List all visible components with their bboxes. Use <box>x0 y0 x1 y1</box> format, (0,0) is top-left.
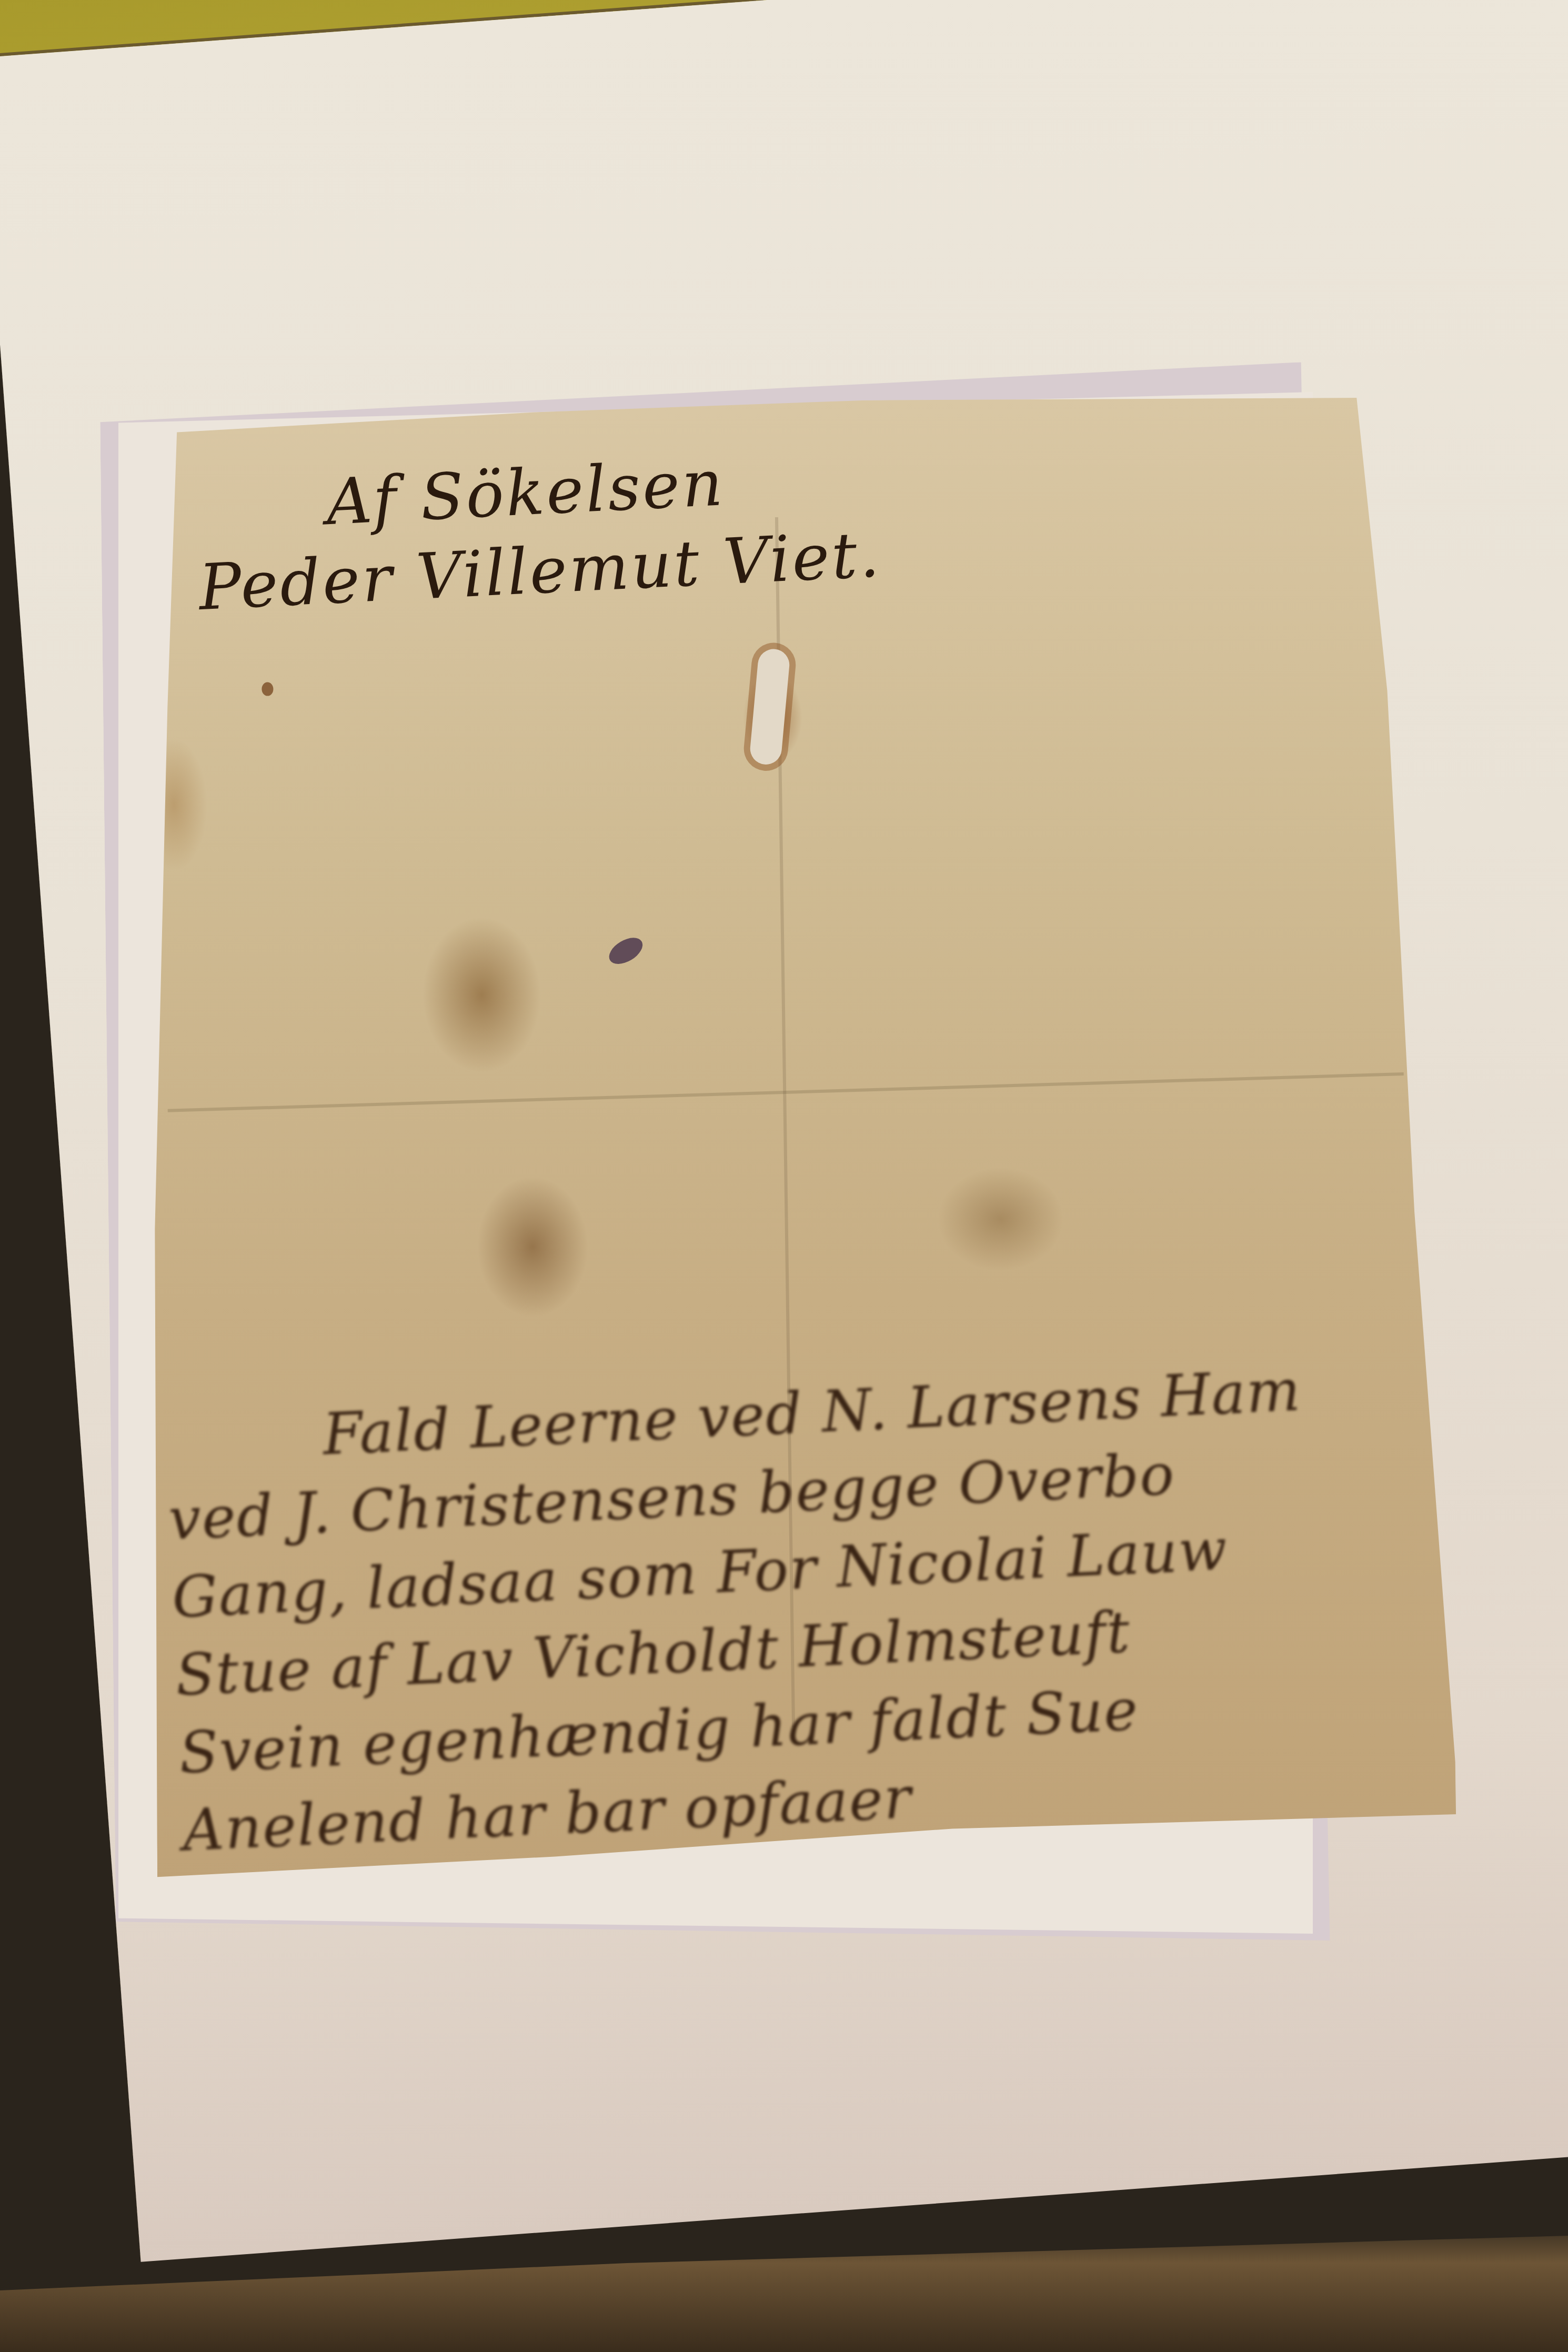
document-paper: Af Sökelsen Peder Villemut Viet. Fald Le… <box>137 392 1483 1899</box>
photograph: Af Sökelsen Peder Villemut Viet. Fald Le… <box>0 0 1568 2352</box>
paper-tear <box>749 648 791 766</box>
ink-blot <box>605 932 647 969</box>
document-heading: Af Sökelsen Peder Villemut Viet. <box>193 419 1252 628</box>
ink-spot <box>262 682 273 696</box>
